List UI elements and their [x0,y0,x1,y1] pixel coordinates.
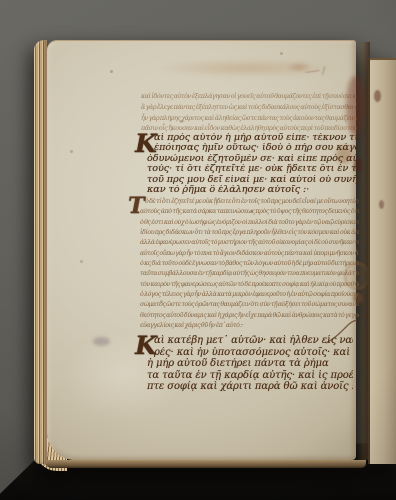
foxing-spots [110,70,113,73]
commentary-line: σώματος ὥστε τοὺς ὁρῶντας θαυμάζειν ὅτι … [140,300,359,310]
book-bottom-edge [44,460,366,468]
stain [379,200,384,209]
parchment-page: καὶ ἰδόντες αὐτὸν ἐξεπλάγησαν οἱ γονεῖς … [47,40,356,460]
commentary-line: ὁ λόγος τέλειος γὰρ ἦν ἀλλὰ κατὰ μικρὸν … [140,290,359,300]
gospel-lemma-block-1: Κ αὶ πρὸς αὐτὸν ἡ μήρ αὐτοῦ εἶπε· τέκνον… [147,133,357,195]
page-edges-left [34,40,47,464]
commentary-line: ἀλλὰ ἐφανέρωσεν αὐτοῖς τὸ μυστήριον τῆς … [140,238,359,248]
stain [374,90,381,102]
lemma-line: τοῦ πρς μου δεῖ εἶναί με· καὶ αὐτοὶ οὐ σ… [147,175,357,185]
commentary-line: ταῦτα συμβάλλουσα ἐν τῇ καρδίᾳ αὐτῆς ὡς … [140,269,359,279]
commentary-line: ἦν γὰρ πλήρης χάριτος καὶ ἀληθείας ὥστε … [141,113,357,124]
catena-commentary-block: Τ ὸ δὲ τί ὅτι ἐζητεῖτέ με οὐκ ᾔδειτε ὅτι… [140,197,359,331]
stain [147,58,347,78]
faded-folio-mark [322,66,333,77]
pen-flourish [324,319,358,349]
facing-page-edge [368,58,396,464]
commentary-line: αὐτοῖς οὔπω γὰρ ἦν τὸ πνα τὸ ἅγιον διδάσ… [140,249,359,259]
commentary-line: ὸ δὲ τί ὅτι ἐζητεῖτέ με οὐκ ᾔδειτε ὅτι ἐ… [140,197,359,207]
lemma-line: αὶ πρὸς αὐτὸν ἡ μήρ αὐτοῦ εἶπε· τέκνον τ… [147,133,357,143]
commentary-line: ὁ κς διὰ τοῦτο οὐδὲ ἔγνωσαν τὸ βάθος τῶν… [140,259,359,269]
commentary-line: ἰδίου πρς διδάσκων ὅτι τὰ τοῦ πρς ἔργα π… [140,228,359,238]
manuscript-photo: καὶ ἰδόντες αὐτὸν ἐξεπλάγησαν οἱ γονεῖς … [0,0,396,500]
lemma-line: αὶ κατέβη μετ᾽ αὐτῶν· καὶ ἦλθεν εἰς ναζα [147,335,353,347]
lemma-line: τούς· τί ὅτι ἐζητεῖτέ με· οὐκ ᾔδειτε ὅτι… [147,164,357,174]
book: καὶ ἰδόντες αὐτὸν ἐξεπλάγησαν οἱ γονεῖς … [34,40,396,468]
lemma-line: πτε σοφίᾳ καὶ χάριτι παρὰ θῶ καὶ ἀνοῖς :… [147,381,353,393]
commentary-line: ὁ θς ἐστι καὶ οὐχ ὁ ἰωσὴφ ὡς ἐνόμιζον οἱ… [140,218,359,228]
gospel-lemma-block-2: Κ αὶ κατέβη μετ᾽ αὐτῶν· καὶ ἦλθεν εἰς να… [147,335,353,393]
commentary-line: ἃ γὰρ ἔλεγε πάντας ἐξέπληττεν ὡς καὶ τοὺ… [141,102,357,113]
commentary-line: αὐτοὺς ἀπὸ τῆς κατὰ σάρκα ταπεινώσεως πρ… [140,207,359,217]
commentary-line: καὶ ἰδόντες αὐτὸν ἐξεπλάγησαν οἱ γονεῖς … [141,91,357,102]
illuminated-initial-kappa-2: Κ [135,333,157,358]
commentary-line: τὸν καιρὸν τῆς φανερώσεως αὐτῶν τὸ δὲ πρ… [140,280,359,290]
lemma-line: καν τὸ ῥῆμα ὃ ἐλάλησεν αὐτοῖς :· [147,185,357,195]
stain [93,337,110,346]
lemma-line: ρές· καὶ ἦν ὑποτασσόμενος αὐτοῖς· καὶ [147,347,353,359]
lemma-line: τα ταῦτα ἐν τῇ καρδίᾳ αὐτῆς· καὶ ἰς προέ… [147,370,353,382]
faded-folio-mark [305,63,320,73]
lemma-line: ὀδυνώμενοι ἐζητοῦμέν σε· καὶ εἶπε πρὸς α… [147,154,357,164]
stain [282,60,316,74]
lemma-line: ἐπόιησας ἡμῖν οὕτως· ἰδοὺ ὁ πήρ σου κἀγὼ [147,143,357,153]
illuminated-initial-kappa: Κ [135,131,157,156]
lemma-line: ἡ μήρ αὐτοῦ διετήρει πάντα τὰ ῥήμα [147,358,353,370]
upper-commentary-block: καὶ ἰδόντες αὐτὸν ἐξεπλάγησαν οἱ γονεῖς … [141,91,357,134]
commentary-line: εὐαγγελίοις καὶ χάρις θῦ ἦν ἐπ᾽ αὐτό :· [140,321,267,331]
